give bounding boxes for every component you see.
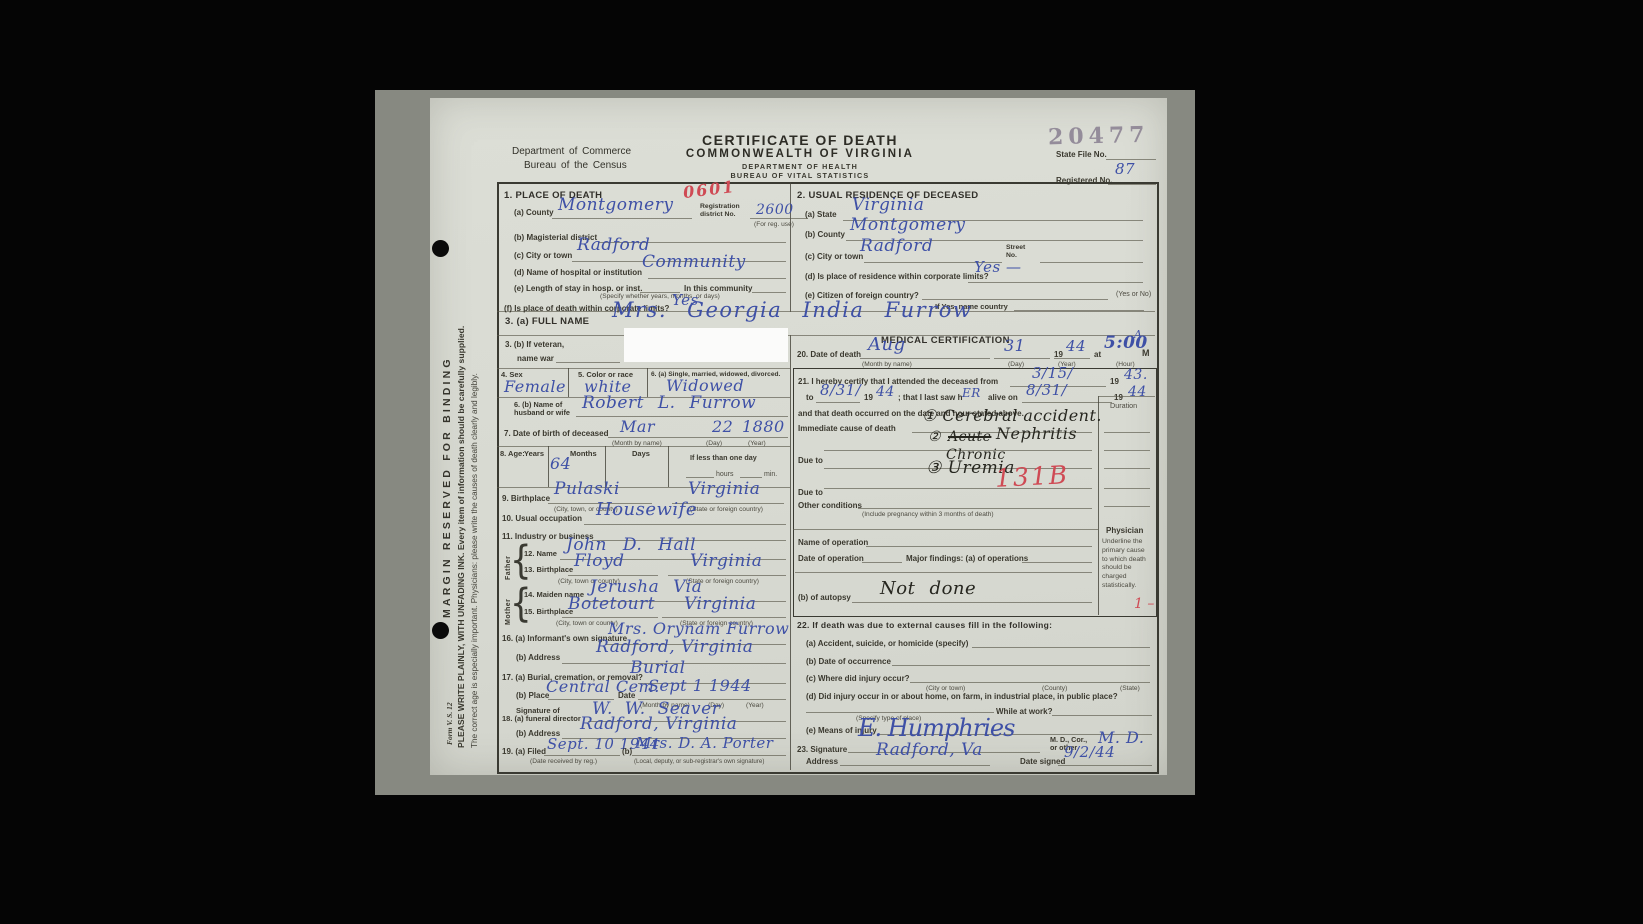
line xyxy=(1104,432,1150,433)
burial-place-label: (b) Place xyxy=(516,691,549,700)
line xyxy=(1104,450,1150,451)
bureau-census: Bureau of the Census xyxy=(524,160,627,171)
redaction-box xyxy=(624,328,788,362)
sec1-county-label: (a) County xyxy=(514,208,554,217)
min-label: min. xyxy=(764,471,777,479)
line xyxy=(662,617,786,618)
margin-binding-text: MARGIN RESERVED FOR BINDING xyxy=(441,356,453,618)
marital-value: Widowed xyxy=(666,378,744,394)
dept-commerce: Department of Commerce xyxy=(512,146,631,157)
saw-date: 8/31/ xyxy=(1026,383,1067,398)
sec22-b-label: (b) Date of occurrence xyxy=(806,657,891,666)
sec2-county-value: Montgomery xyxy=(850,217,965,234)
informant-address-label: (b) Address xyxy=(516,653,560,662)
line xyxy=(994,358,1050,359)
cause-2: Nephritis xyxy=(996,426,1077,442)
father-name-label: 12. Name xyxy=(524,550,557,559)
dod-year: 44 xyxy=(1066,339,1086,354)
dod-day: 31 xyxy=(1004,338,1025,354)
line xyxy=(1040,262,1143,263)
line xyxy=(1058,765,1152,766)
sig-address-label: Address xyxy=(806,757,838,766)
veteran-label2: name war xyxy=(517,354,554,363)
birthplace-label: 9. Birthplace xyxy=(502,494,550,503)
sec2-county-label: (b) County xyxy=(805,230,845,239)
signature-label: 23. Signature xyxy=(797,745,847,754)
informant-signature: Mrs. Orynam Furrow xyxy=(608,621,789,637)
line xyxy=(1054,358,1090,359)
sec22-c-label: (c) Where did injury occur? xyxy=(806,674,910,683)
sec1-hospital-value: Community xyxy=(642,254,746,271)
line xyxy=(632,755,786,756)
father-bp-state: Virginia xyxy=(690,553,762,570)
line xyxy=(910,682,1150,683)
line xyxy=(892,665,1150,666)
sec2-corporate-label: (d) Is place of residence within corpora… xyxy=(805,272,989,281)
line xyxy=(497,446,790,447)
father-bp-city: Floyd xyxy=(574,553,624,570)
cell-divider xyxy=(548,446,549,487)
fullname-value: Mrs. Georgia India Furrow xyxy=(612,300,972,321)
line xyxy=(1104,506,1150,507)
veteran-label: 3. (b) If veteran, xyxy=(505,340,564,349)
line xyxy=(862,562,902,563)
line xyxy=(793,529,1098,530)
sec1-city-label: (c) City or town xyxy=(514,251,572,260)
registered-no: 87 xyxy=(1115,162,1135,177)
informant-address: Radford, Virginia xyxy=(596,639,753,656)
dob-month: Mar xyxy=(620,419,655,435)
medcert-title: MEDICAL CERTIFICATION xyxy=(793,336,1098,346)
autopsy-label: (b) of autopsy xyxy=(798,593,851,602)
m-label: M xyxy=(1142,348,1150,358)
dob-year: 1880 xyxy=(742,419,785,435)
sec2-state-value: Virginia xyxy=(852,197,924,214)
sec2-city-value: Radford xyxy=(860,238,933,255)
line xyxy=(840,765,990,766)
burial-value: Burial xyxy=(630,660,686,677)
filed-b-label: (b) xyxy=(622,747,632,756)
fullname-label: 3. (a) FULL NAME xyxy=(505,317,589,327)
at-label: at xyxy=(1094,350,1101,359)
fd-address: Radford, Virginia xyxy=(580,716,737,733)
operation-date-label: Date of operation xyxy=(798,554,864,563)
duration-label: Duration xyxy=(1110,402,1137,410)
doc-title: CERTIFICATE OF DEATH xyxy=(660,132,940,148)
spouse-label: 6. (b) Name of husband or wife xyxy=(514,401,576,418)
punch-hole xyxy=(432,240,449,257)
regdist-note: (For reg. use) xyxy=(754,221,794,229)
cell-divider xyxy=(668,446,669,487)
cause-1: ① Cerebral accident. xyxy=(922,408,1102,424)
cause-2-number: ② xyxy=(928,430,941,444)
sex-value: Female xyxy=(504,379,566,395)
age-value: 64 xyxy=(550,456,571,472)
punch-hole xyxy=(432,622,449,639)
physician-signature: E. Humphries xyxy=(858,716,1014,740)
fd-sig-label2: 18. (a) funeral director xyxy=(502,715,581,724)
line xyxy=(1098,396,1155,397)
days-label: Days xyxy=(632,450,650,459)
birthplace-state: Virginia xyxy=(688,481,760,498)
to-year: 44 xyxy=(876,385,895,399)
line xyxy=(1014,310,1144,311)
regdist-label: Registration district No. xyxy=(700,203,748,219)
sec22-d-label: (d) Did injury occur in or about home, o… xyxy=(806,692,1118,701)
years-label: Years xyxy=(524,450,544,459)
months-label: Months xyxy=(570,450,597,459)
filed-label: 19. (a) Filed xyxy=(502,747,546,756)
hours-label: hours xyxy=(716,471,734,479)
last-saw-label: ; that I last saw h xyxy=(898,393,962,402)
sec22-a-label: (a) Accident, suicide, or homicide (spec… xyxy=(806,639,968,648)
dod-ampm: A xyxy=(1134,329,1142,340)
pregnancy-note: (Include pregnancy within 3 months of de… xyxy=(862,511,994,519)
sec1-hospital-label: (d) Name of hospital or institution xyxy=(514,268,642,277)
form-number: Form V. S. 12 xyxy=(445,702,454,745)
findings-label: Major findings: (a) of operations xyxy=(906,554,1028,563)
less-day-label: If less than one day xyxy=(690,454,757,462)
line xyxy=(972,647,1150,648)
alive-on-label: alive on xyxy=(988,393,1018,402)
line xyxy=(556,362,620,363)
dob-label: 7. Date of birth of deceased xyxy=(504,429,608,438)
burial-year-note: (Year) xyxy=(746,702,764,710)
cell-divider xyxy=(568,368,569,397)
burial-date: Sept 1 1944 xyxy=(648,678,752,694)
line xyxy=(852,602,1092,603)
line xyxy=(860,358,990,359)
line xyxy=(544,755,620,756)
mother-bp-state: Virginia xyxy=(684,596,756,613)
line xyxy=(1052,715,1152,716)
line xyxy=(608,437,788,438)
dob-day: 22 xyxy=(712,419,733,435)
registrar-signature: Mrs. D. A. Porter xyxy=(636,736,773,751)
line xyxy=(552,218,692,219)
physician-label: Physician xyxy=(1106,526,1143,535)
mother-bp-city: Botetourt xyxy=(568,596,655,613)
line xyxy=(866,546,1092,547)
sec2-corporate-value: Yes — xyxy=(974,260,1021,275)
dod-month: Aug xyxy=(868,336,906,354)
bureau-vital-statistics: BUREAU OF VITAL STATISTICS xyxy=(660,171,940,180)
yes-or-no-note: (Yes or No) xyxy=(1116,291,1151,299)
physician-note: Underline the primary cause to which dea… xyxy=(1102,538,1152,591)
dept-health: DEPARTMENT OF HEALTH xyxy=(660,162,940,171)
regdist-value: 2600 xyxy=(756,203,794,217)
attended-from: 3/15/ xyxy=(1032,366,1073,381)
registrar-note: (Local, deputy, or sub-registrar's own s… xyxy=(634,758,764,765)
due-to-label: Due to xyxy=(798,456,823,465)
line xyxy=(752,292,786,293)
scanned-death-certificate: MARGIN RESERVED FOR BINDING PLEASE WRITE… xyxy=(0,0,1643,924)
line xyxy=(686,477,714,478)
column-divider xyxy=(790,335,791,770)
line xyxy=(795,572,1092,573)
line xyxy=(858,508,1092,509)
line xyxy=(824,488,1092,489)
mother-brace: { xyxy=(510,581,532,627)
line xyxy=(740,477,762,478)
line xyxy=(750,218,808,219)
occupation-value: Housewife xyxy=(596,501,697,519)
sec1-stay-label: (e) Length of stay in hosp. or inst. xyxy=(514,284,642,293)
sec2-state-label: (a) State xyxy=(805,210,837,219)
to-date: 8/31/ xyxy=(820,383,861,398)
autopsy-value: Not done xyxy=(880,580,976,598)
line xyxy=(668,575,786,576)
doc-subtitle: COMMONWEALTH OF VIRGINIA xyxy=(660,148,940,160)
line xyxy=(806,712,994,713)
sec2-city-label: (c) City or town xyxy=(805,252,863,261)
line xyxy=(1104,468,1150,469)
er-written: ER xyxy=(962,387,981,399)
line xyxy=(1104,488,1150,489)
due-to-label-2: Due to xyxy=(798,488,823,497)
mother-bp-label: 15. Birthplace xyxy=(524,608,573,617)
to-label: to xyxy=(806,393,814,402)
cause-2-struck: Acute xyxy=(948,430,991,444)
printed-19: 19 xyxy=(864,393,873,402)
line xyxy=(584,524,786,525)
sig-address-value: Radford, Va xyxy=(876,742,983,759)
sec1-county-value: Montgomery xyxy=(558,197,673,214)
date-signed-value: 9/2/44 xyxy=(1064,745,1115,760)
age-label: 8. Age: xyxy=(500,450,525,459)
printed-19: 19 xyxy=(1110,377,1119,386)
birthplace-state-note: (State or foreign country) xyxy=(690,506,763,514)
spouse-value: Robert L. Furrow xyxy=(582,395,756,412)
line xyxy=(816,402,860,403)
from-year: 43. xyxy=(1124,368,1148,382)
duration-divider xyxy=(1098,396,1099,615)
state-file-stamp: 20477 xyxy=(1048,122,1150,151)
red-mark: 1 – xyxy=(1134,596,1154,612)
sec22-title: 22. If death was due to external causes … xyxy=(797,621,1052,630)
line xyxy=(968,282,1143,283)
immediate-cause-label: Immediate cause of death xyxy=(798,424,896,433)
dod-label: 20. Date of death xyxy=(797,350,861,359)
father-bp-label: 13. Birthplace xyxy=(524,566,573,575)
birthplace-city: Pulaski xyxy=(554,481,620,498)
other-conditions-label: Other conditions xyxy=(798,501,862,510)
line xyxy=(568,575,658,576)
margin-instruction-1: PLEASE WRITE PLAINLY, WITH UNFADING INK.… xyxy=(456,326,466,748)
occupation-label: 10. Usual occupation xyxy=(502,514,582,523)
line xyxy=(1022,562,1092,563)
operation-label: Name of operation xyxy=(798,538,868,547)
father-brace: { xyxy=(510,538,532,584)
filed-note: (Date received by reg.) xyxy=(530,758,597,766)
sec1-city-value: Radford xyxy=(577,237,650,254)
line xyxy=(497,368,790,369)
margin-instruction-2: The correct age is especially important.… xyxy=(470,373,479,748)
state-file-label: State File No. xyxy=(1056,150,1107,159)
burial-place: Central Cem. xyxy=(546,679,660,695)
sec22-state-note: (State) xyxy=(1120,685,1140,693)
line xyxy=(562,617,658,618)
line xyxy=(648,278,786,279)
